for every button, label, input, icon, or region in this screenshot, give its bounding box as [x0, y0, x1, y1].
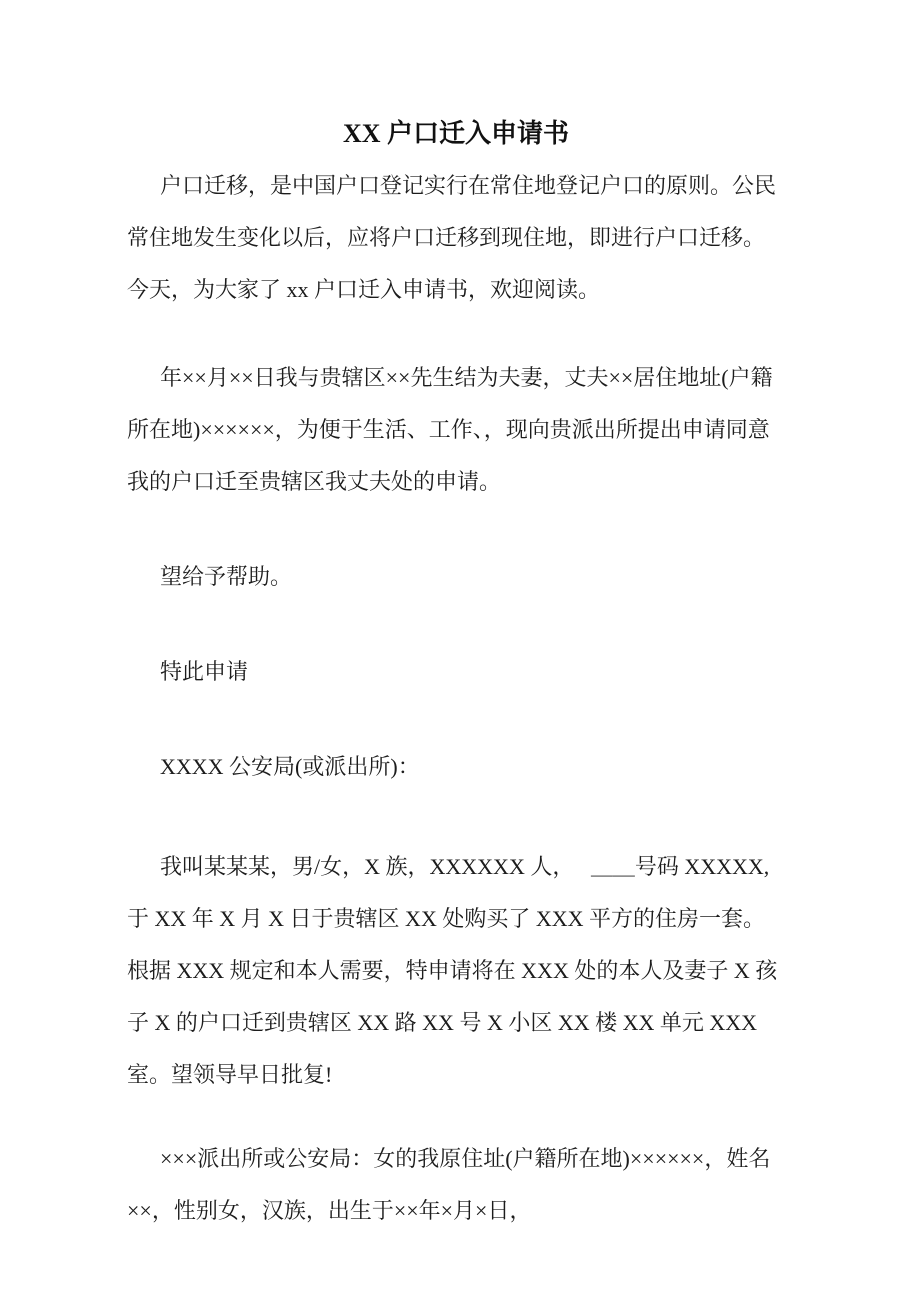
paragraph-marriage-request: 年××月××日我与贵辖区××先生结为夫妻，丈夫××居住地址(户籍所在地)××××…: [127, 352, 785, 508]
document-body: XX 户口迁入申请书 户口迁移，是中国户口登记实行在常住地登记户口的原则。公民常…: [127, 0, 785, 1237]
document-title: XX 户口迁入申请书: [127, 108, 785, 160]
document-page: XX 户口迁入申请书 户口迁移，是中国户口登记实行在常住地登记户口的原则。公民常…: [0, 0, 920, 1302]
paragraph-original-address: ×××派出所或公安局：女的我原住址(户籍所在地)××××××，姓名××，性别女，…: [127, 1133, 785, 1237]
paragraph-addressee: XXXX 公安局(或派出所)：: [127, 741, 785, 793]
paragraph-main-application: 我叫某某某，男/女，X 族，XXXXXX 人， ＿＿号码 XXXXX, 于 XX…: [127, 841, 785, 1101]
paragraph-help: 望给予帮助。: [127, 551, 785, 603]
paragraph-intro: 户口迁移，是中国户口登记实行在常住地登记户口的原则。公民常住地发生变化以后，应将…: [127, 160, 785, 316]
paragraph-hereby-apply: 特此申请: [127, 646, 785, 698]
